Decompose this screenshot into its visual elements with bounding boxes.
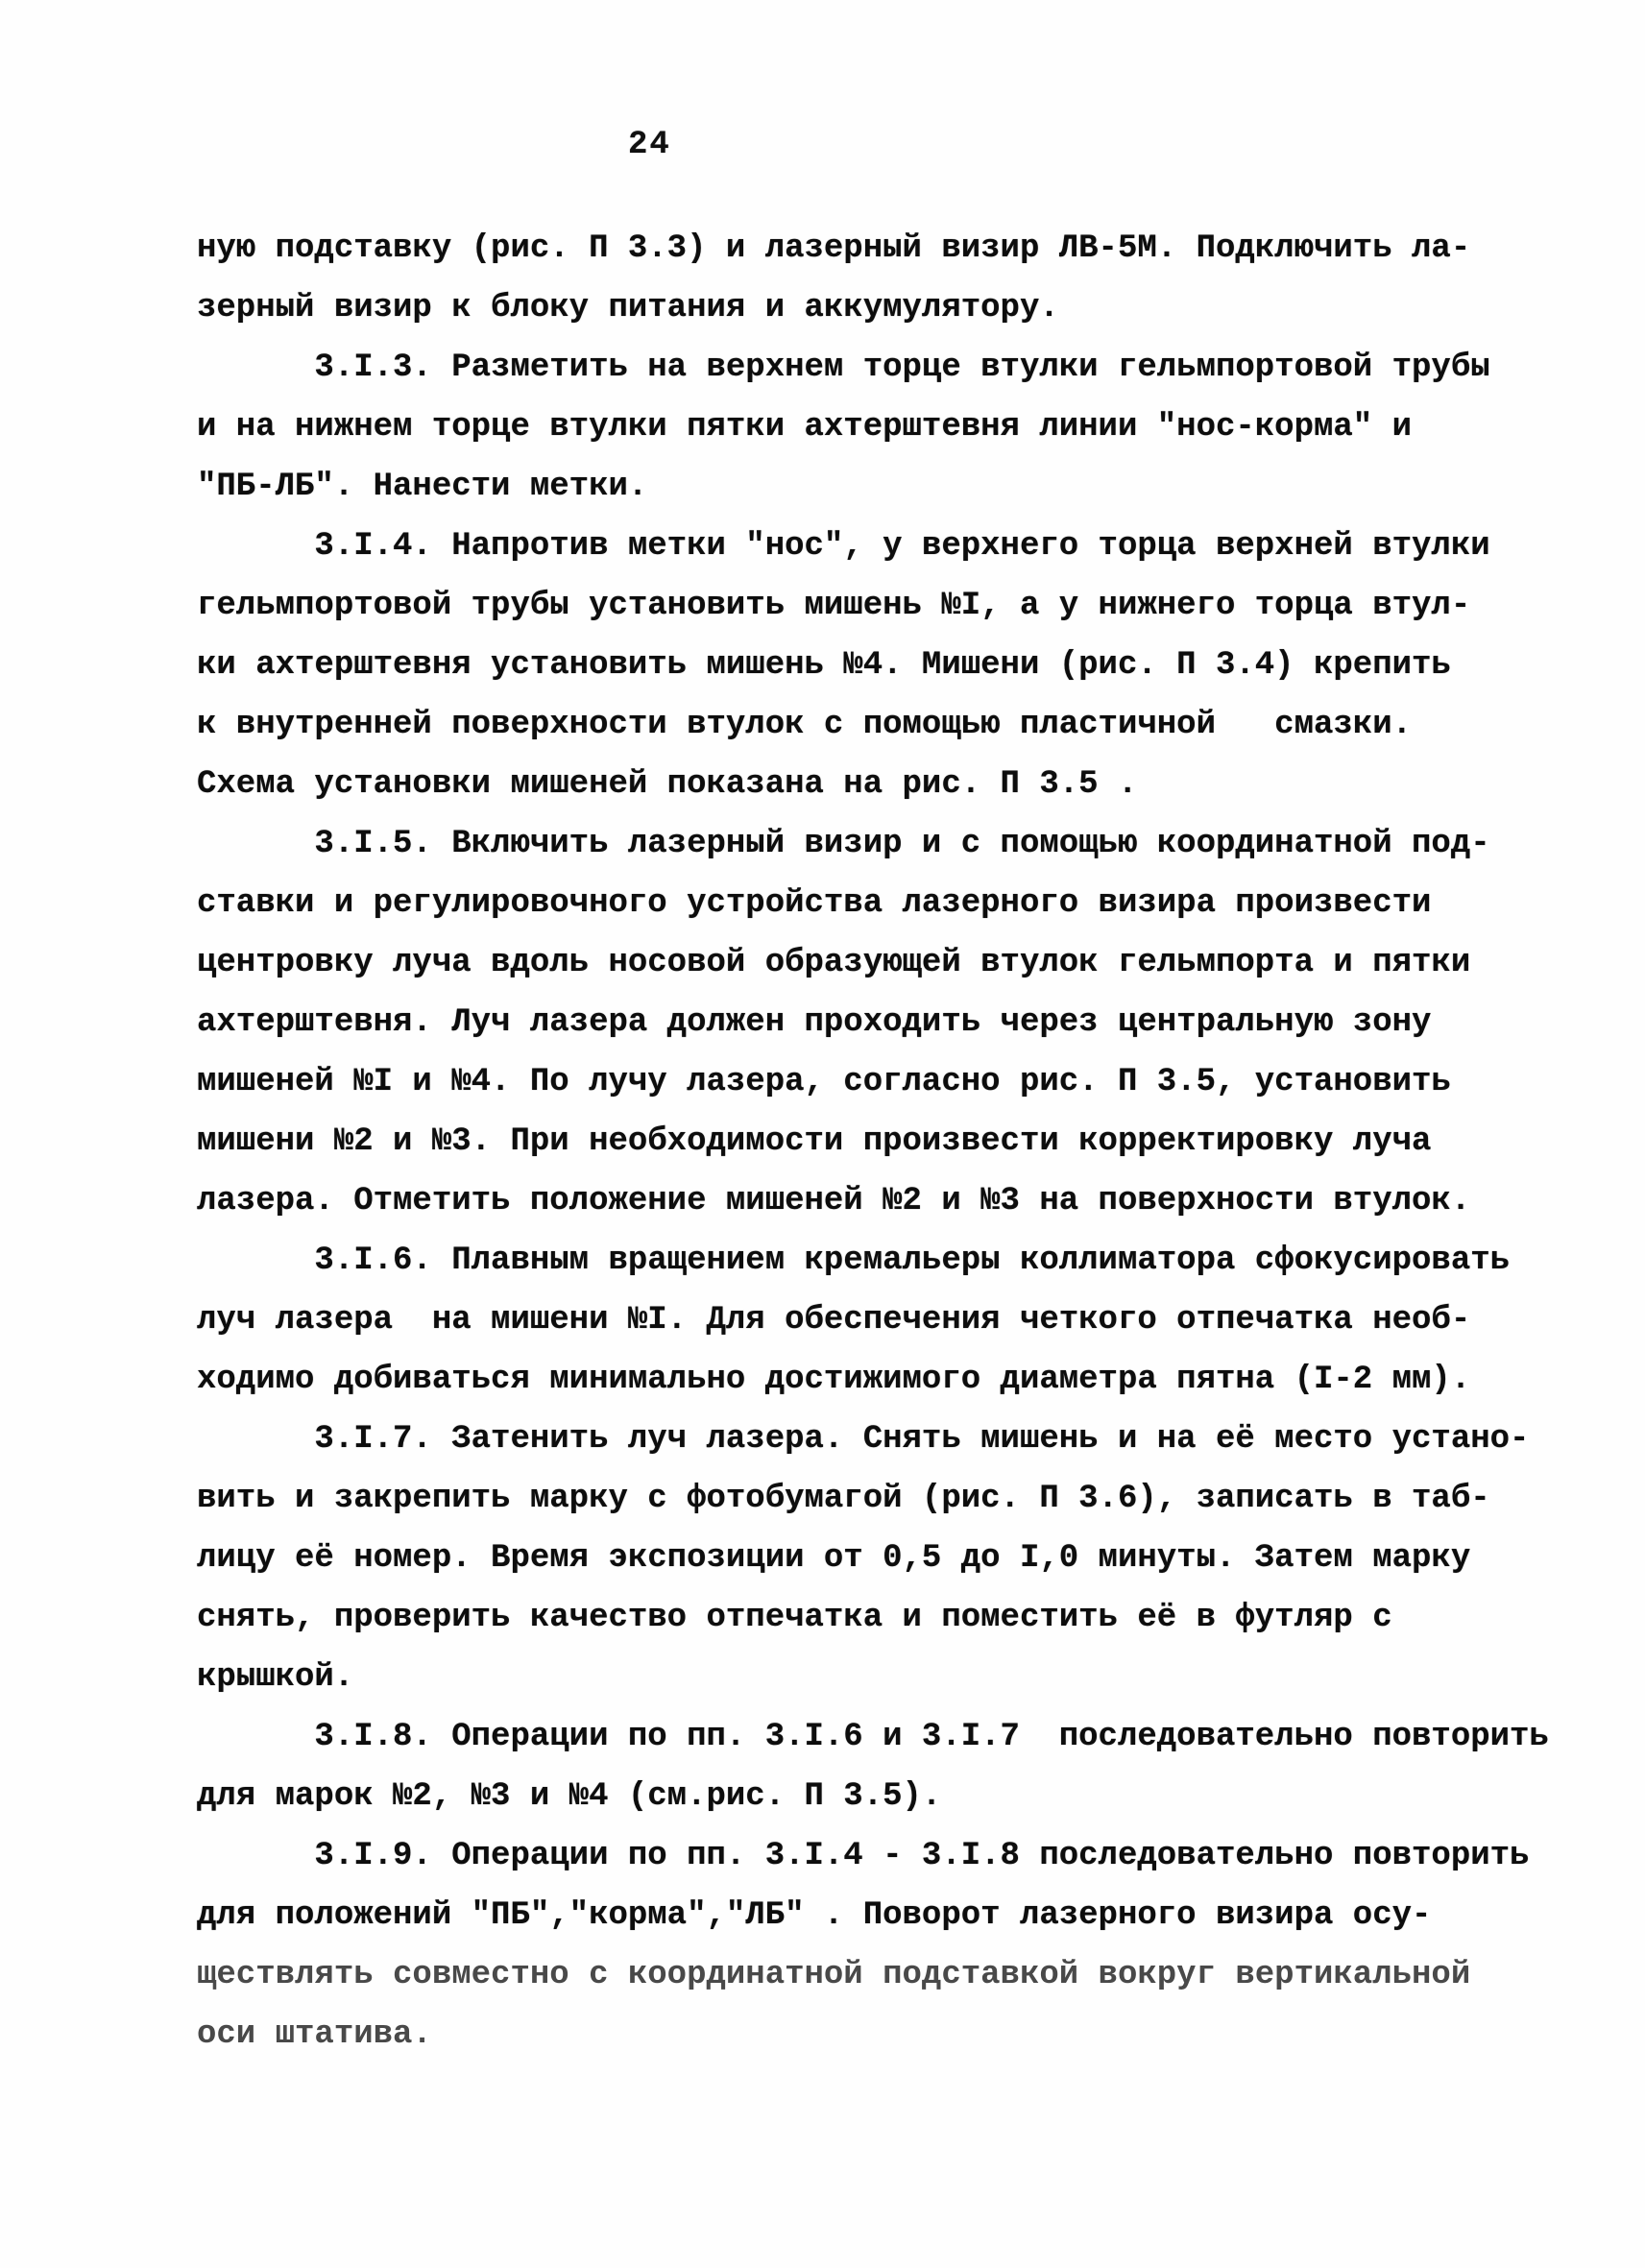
text-line: 3.I.9. Операции по пп. 3.I.4 - 3.I.8 пос… (197, 1826, 1560, 1886)
text-line: мишеней №I и №4. По лучу лазера, согласн… (197, 1052, 1560, 1112)
text-line: Схема установки мишеней показана на рис.… (197, 755, 1560, 814)
text-line: вить и закрепить марку с фотобумагой (ри… (197, 1469, 1560, 1529)
text-line: 3.I.6. Плавным вращением кремальеры колл… (197, 1231, 1560, 1291)
text-line: оси штатива. (197, 2005, 1560, 2064)
text-line: ходимо добиваться минимально достижимого… (197, 1350, 1560, 1410)
text-line: 3.I.5. Включить лазерный визир и с помощ… (197, 814, 1560, 874)
scanned-page: 24 ную подставку (рис. П 3.3) и лазерный… (0, 0, 1645, 2268)
text-line: 3.I.7. Затенить луч лазера. Снять мишень… (197, 1410, 1560, 1469)
text-line: крышкой. (197, 1648, 1560, 1707)
text-line: для положений "ПБ","корма","ЛБ" . Поворо… (197, 1886, 1560, 1945)
text-line: лицу её номер. Время экспозиции от 0,5 д… (197, 1529, 1560, 1588)
text-line: гельмпортовой трубы установить мишень №I… (197, 576, 1560, 636)
text-line: 3.I.3. Разметить на верхнем торце втулки… (197, 338, 1560, 398)
page-number: 24 (628, 127, 671, 163)
text-line: для марок №2, №3 и №4 (см.рис. П 3.5). (197, 1767, 1560, 1826)
text-line: и на нижнем торце втулки пятки ахтерштев… (197, 398, 1560, 457)
text-line: ставки и регулировочного устройства лазе… (197, 874, 1560, 933)
text-line: снять, проверить качество отпечатка и по… (197, 1588, 1560, 1648)
text-line: луч лазера на мишени №I. Для обеспечения… (197, 1291, 1560, 1350)
text-line: 3.I.4. Напротив метки "нос", у верхнего … (197, 517, 1560, 576)
text-line: центровку луча вдоль носовой образующей … (197, 933, 1560, 993)
text-line: лазера. Отметить положение мишеней №2 и … (197, 1171, 1560, 1231)
text-line: зерный визир к блоку питания и аккумулят… (197, 278, 1560, 338)
text-line: ную подставку (рис. П 3.3) и лазерный ви… (197, 219, 1560, 278)
text-line: "ПБ-ЛБ". Нанести метки. (197, 457, 1560, 517)
text-line: ки ахтерштевня установить мишень №4. Миш… (197, 636, 1560, 695)
text-line: ществлять совместно с координатной подст… (197, 1945, 1560, 2005)
text-line: к внутренней поверхности втулок с помощь… (197, 695, 1560, 755)
page-body: ную подставку (рис. П 3.3) и лазерный ви… (197, 219, 1560, 2064)
text-line: 3.I.8. Операции по пп. 3.I.6 и 3.I.7 пос… (197, 1707, 1560, 1767)
text-line: ахтерштевня. Луч лазера должен проходить… (197, 993, 1560, 1052)
text-line: мишени №2 и №3. При необходимости произв… (197, 1112, 1560, 1171)
